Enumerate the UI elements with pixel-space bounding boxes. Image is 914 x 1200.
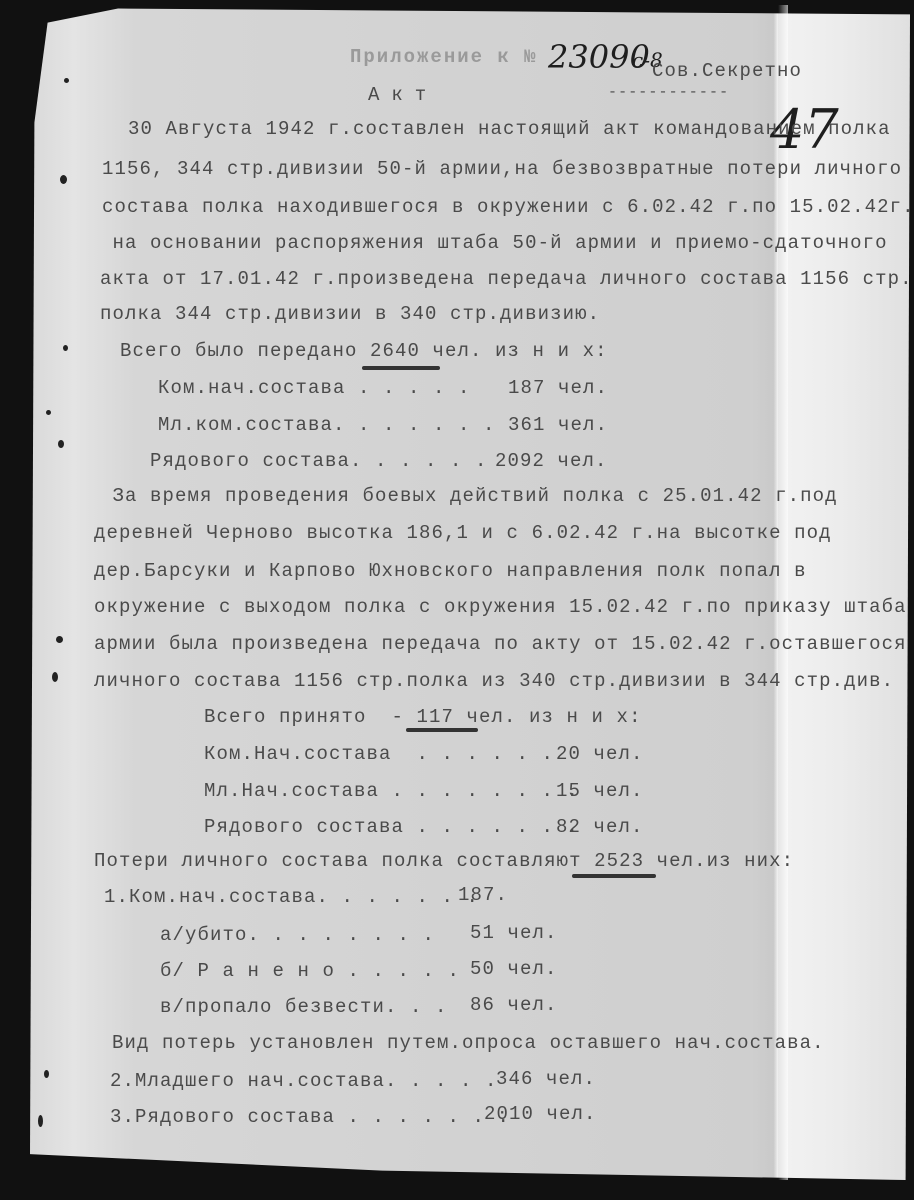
transfer-summary-intro: Всего было передано 2640 чел. из н и х: <box>120 340 608 362</box>
losses-other-label: 2.Младшего нач.состава. . . . . <box>110 1070 498 1092</box>
paragraph-line: За время проведения боевых действий полк… <box>100 485 838 507</box>
paragraph-line: окружение с выходом полка с окружения 15… <box>94 596 907 618</box>
paragraph-line: акта от 17.01.42 г.произведена передача … <box>100 268 913 290</box>
header-stamp: Приложение к № <box>350 46 538 68</box>
underline-mark <box>572 874 656 878</box>
losses-breakdown-value: 50 чел. <box>470 958 558 980</box>
binding-hole <box>63 345 68 351</box>
received-row-value: 82 чел. <box>556 816 644 838</box>
received-summary-intro: Всего принято - 117 чел. из н и х: <box>204 706 642 728</box>
received-row-label: Ком.Нач.состава . . . . . . <box>204 743 554 765</box>
secrecy-mark: Сов.Секретно <box>652 60 802 82</box>
transfer-row-value: 361 чел. <box>508 414 608 436</box>
paragraph-line: личного состава 1156 стр.полка из 340 ст… <box>94 670 894 692</box>
losses-method-note: Вид потерь установлен путем.опроса остав… <box>112 1032 825 1054</box>
paragraph-line: полка 344 стр.дивизии в 340 стр.дивизию. <box>100 303 600 325</box>
losses-other-value: 2010 чел. <box>484 1103 597 1125</box>
underline-mark <box>362 366 440 370</box>
paragraph-line: состава полка находившегося в окружении … <box>102 196 914 218</box>
paragraph-line: 30 Августа 1942 г.составлен настоящий ак… <box>128 118 891 140</box>
underline-mark <box>406 728 478 732</box>
paragraph-line: на основании распоряжения штаба 50-й арм… <box>100 232 888 254</box>
paragraph-line: дер.Барсуки и Карпово Юхновского направл… <box>94 560 807 582</box>
secrecy-underline: ------------ <box>608 82 729 104</box>
losses-breakdown-label: в/пропало безвести. . . <box>160 996 448 1018</box>
transfer-row-label: Мл.ком.состава. . . . . . . <box>158 414 496 436</box>
received-row-value: 15 чел. <box>556 780 644 802</box>
binding-hole <box>44 1070 49 1078</box>
received-row-label: Рядового состава . . . . . . . <box>204 816 579 838</box>
losses-command-label: 1.Ком.нач.состава. . . . . . . <box>104 886 479 908</box>
losses-breakdown-value: 51 чел. <box>470 922 558 944</box>
binding-hole <box>58 440 64 448</box>
losses-command-value: 187. <box>458 884 508 906</box>
transfer-row-value: 187 чел. <box>508 377 608 399</box>
paragraph-line: 1156, 344 стр.дивизии 50-й армии,на безв… <box>102 158 902 180</box>
binding-hole <box>46 410 51 415</box>
transfer-row-label: Рядового состава. . . . . . <box>150 450 488 472</box>
losses-breakdown-label: б/ Р а н е н о . . . . . <box>160 960 460 982</box>
losses-intro: Потери личного состава полка составляют … <box>94 850 794 872</box>
binding-hole <box>64 78 69 83</box>
paragraph-line: армии была произведена передача по акту … <box>94 633 907 655</box>
binding-hole <box>60 175 67 184</box>
received-row-value: 20 чел. <box>556 743 644 765</box>
losses-breakdown-label: а/убито. . . . . . . . <box>160 924 435 946</box>
binding-hole <box>38 1115 43 1127</box>
document-title: Акт <box>368 84 438 106</box>
losses-breakdown-value: 86 чел. <box>470 994 558 1016</box>
losses-other-label: 3.Рядового состава . . . . . . . <box>110 1106 510 1128</box>
losses-other-value: 346 чел. <box>496 1068 596 1090</box>
transfer-row-value: 2092 чел. <box>495 450 608 472</box>
paper-fold <box>778 5 788 1180</box>
binding-hole <box>52 672 58 682</box>
binding-hole <box>56 636 63 643</box>
paragraph-line: деревней Черново высотка 186,1 и с 6.02.… <box>94 522 832 544</box>
transfer-row-label: Ком.нач.состава . . . . . <box>158 377 471 399</box>
received-row-label: Мл.Нач.состава . . . . . . . . <box>204 780 579 802</box>
